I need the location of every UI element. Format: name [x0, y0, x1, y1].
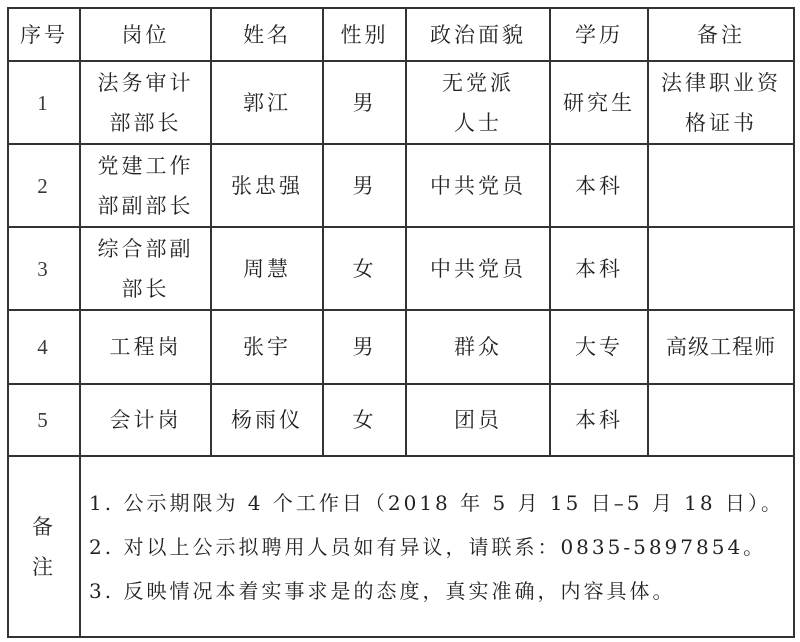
cell-remarks — [648, 384, 794, 456]
cell-name: 张忠强 — [211, 144, 323, 227]
header-gender: 性别 — [323, 8, 406, 61]
cell-name: 周慧 — [211, 227, 323, 310]
position-text: 党建工作 部副部长 — [98, 146, 194, 226]
personnel-table: 序号 岗位 姓名 性别 政治面貌 学历 备注 1 法务审计 部部长 郭江 男 无… — [7, 7, 795, 638]
cell-position: 党建工作 部副部长 — [80, 144, 211, 227]
header-education: 学历 — [550, 8, 648, 61]
cell-position: 会计岗 — [80, 384, 211, 456]
header-no: 序号 — [8, 8, 80, 61]
cell-gender: 女 — [323, 227, 406, 310]
header-position: 岗位 — [80, 8, 211, 61]
cell-education: 研究生 — [550, 61, 648, 144]
note-line-1: 1. 公示期限为 4 个工作日（2018 年 5 月 15 日–5 月 18 日… — [89, 481, 789, 525]
cell-remarks — [648, 144, 794, 227]
table-row: 1 法务审计 部部长 郭江 男 无党派 人士 研究生 法律职业资 格证书 — [8, 61, 794, 144]
cell-political-status: 团员 — [406, 384, 550, 456]
cell-name: 杨雨仪 — [211, 384, 323, 456]
cell-name: 张宇 — [211, 310, 323, 384]
notes-row: 备 注 1. 公示期限为 4 个工作日（2018 年 5 月 15 日–5 月 … — [8, 456, 794, 637]
cell-education: 本科 — [550, 227, 648, 310]
position-text: 综合部副 部长 — [98, 229, 194, 309]
cell-position: 工程岗 — [80, 310, 211, 384]
table-row: 3 综合部副 部长 周慧 女 中共党员 本科 — [8, 227, 794, 310]
table-row: 2 党建工作 部副部长 张忠强 男 中共党员 本科 — [8, 144, 794, 227]
cell-gender: 男 — [323, 144, 406, 227]
position-text: 法务审计 部部长 — [98, 63, 194, 143]
cell-no: 4 — [8, 310, 80, 384]
cell-education: 本科 — [550, 384, 648, 456]
cell-no: 3 — [8, 227, 80, 310]
header-remarks: 备注 — [648, 8, 794, 61]
cell-gender: 男 — [323, 61, 406, 144]
cell-political-status: 群众 — [406, 310, 550, 384]
notes-label-text: 备 注 — [32, 507, 56, 587]
note-line-2: 2. 对以上公示拟聘用人员如有异议，请联系：0835-5897854。 — [89, 525, 789, 569]
cell-position: 综合部副 部长 — [80, 227, 211, 310]
cell-no: 5 — [8, 384, 80, 456]
table-row: 4 工程岗 张宇 男 群众 大专 高级工程师 — [8, 310, 794, 384]
political-status-text: 无党派 人士 — [442, 63, 514, 143]
cell-position: 法务审计 部部长 — [80, 61, 211, 144]
cell-gender: 男 — [323, 310, 406, 384]
cell-education: 本科 — [550, 144, 648, 227]
table-row: 5 会计岗 杨雨仪 女 团员 本科 — [8, 384, 794, 456]
remarks-text: 法律职业资 格证书 — [661, 63, 781, 143]
cell-education: 大专 — [550, 310, 648, 384]
cell-name: 郭江 — [211, 61, 323, 144]
header-political-status: 政治面貌 — [406, 8, 550, 61]
header-row: 序号 岗位 姓名 性别 政治面貌 学历 备注 — [8, 8, 794, 61]
cell-political-status: 中共党员 — [406, 144, 550, 227]
cell-no: 1 — [8, 61, 80, 144]
header-name: 姓名 — [211, 8, 323, 61]
cell-remarks: 高级工程师 — [648, 310, 794, 384]
notes-label: 备 注 — [8, 456, 80, 637]
note-line-3: 3. 反映情况本着实事求是的态度，真实准确，内容具体。 — [89, 569, 789, 613]
cell-remarks — [648, 227, 794, 310]
notes-body: 1. 公示期限为 4 个工作日（2018 年 5 月 15 日–5 月 18 日… — [80, 456, 794, 637]
cell-no: 2 — [8, 144, 80, 227]
cell-political-status: 无党派 人士 — [406, 61, 550, 144]
cell-remarks: 法律职业资 格证书 — [648, 61, 794, 144]
cell-political-status: 中共党员 — [406, 227, 550, 310]
cell-gender: 女 — [323, 384, 406, 456]
